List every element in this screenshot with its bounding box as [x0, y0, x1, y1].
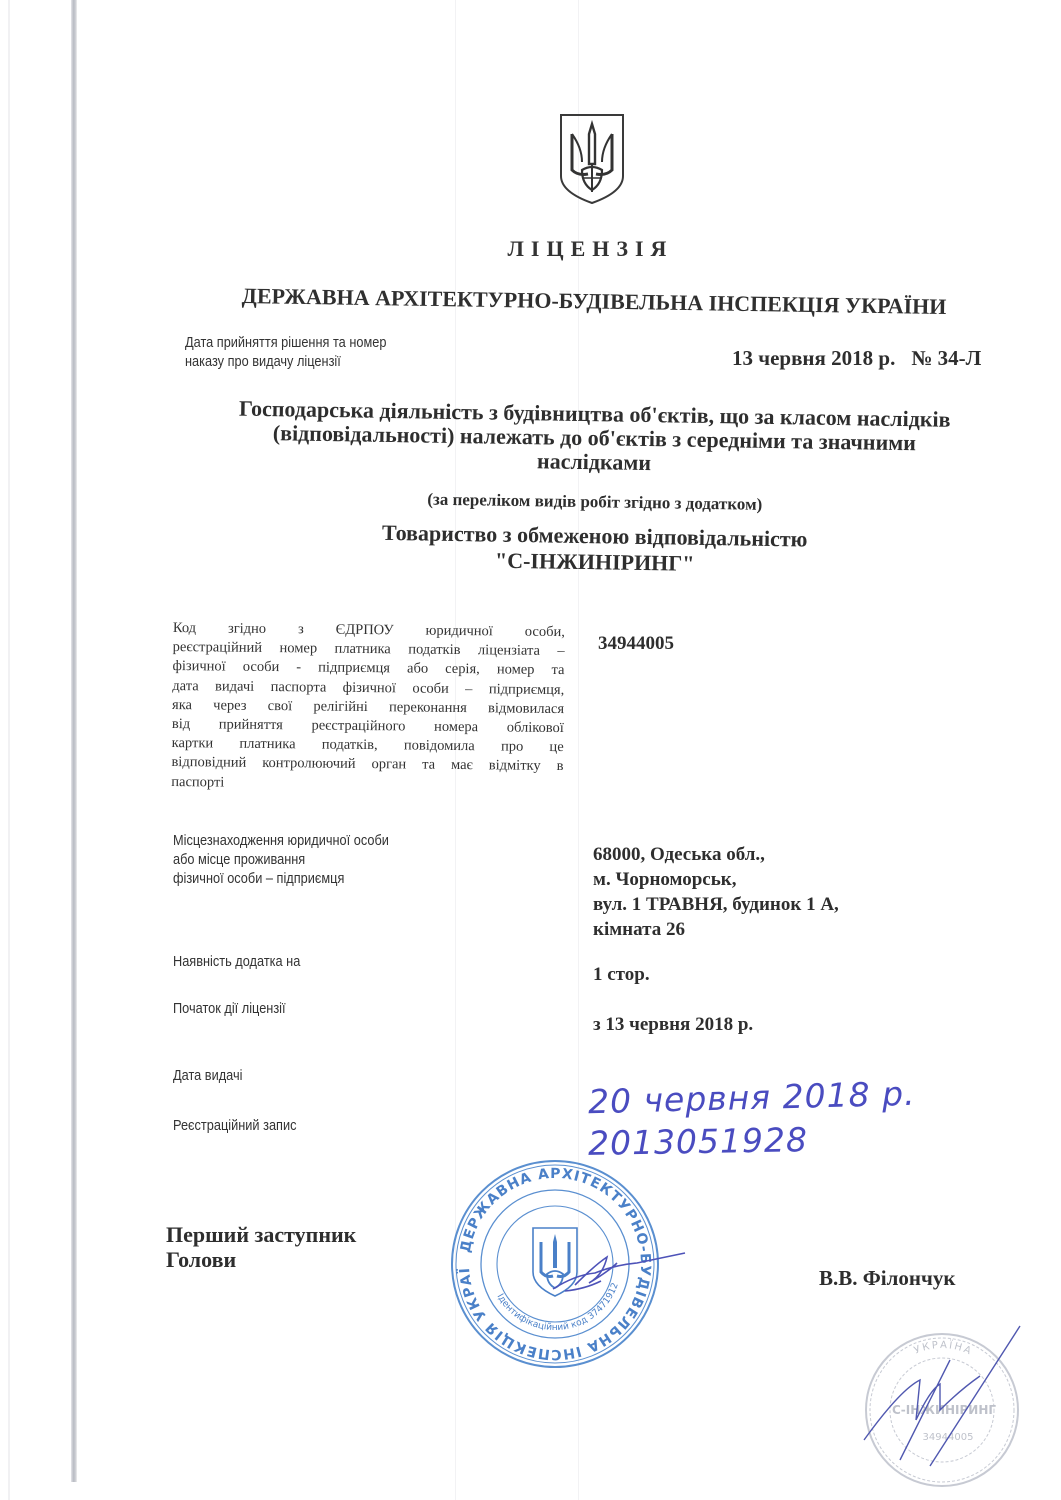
edrpou-label: Код згідно з ЄДРПОУ юридичної особи, реє… [171, 619, 565, 796]
title-line: Голови [166, 1247, 356, 1272]
address-label: Місцезнаходження юридичної особи або міс… [173, 832, 389, 890]
registration-handwritten: 2013051928 [588, 1120, 809, 1163]
signature-icon [860, 1320, 1030, 1470]
appendix-label: Наявність додатка на [173, 953, 300, 972]
issue-date-handwritten: 20 червня 2018 р. [588, 1074, 916, 1122]
activity-description: Господарська діяльність з будівництва об… [199, 396, 990, 480]
scan-artifact [8, 0, 10, 1500]
issuing-authority: ДЕРЖАВНА АРХІТЕКТУРНО-БУДІВЕЛЬНА ІНСПЕКЦ… [242, 283, 947, 320]
label-line: наказу про видачу ліцензії [185, 353, 386, 372]
address-line: м. Чорноморськ, [593, 867, 839, 892]
decision-label: Дата прийняття рішення та номер наказу п… [185, 334, 386, 372]
decision-date: 13 червня 2018 р. [732, 346, 895, 370]
registration-label: Реєстраційний запис [173, 1117, 296, 1136]
address-line: 68000, Одеська обл., [593, 842, 839, 867]
label-line: фізичної особи – підприємця [173, 870, 389, 889]
decision-number: № 34-Л [911, 346, 981, 370]
label-line: Дата прийняття рішення та номер [185, 334, 386, 353]
issue-date-label: Дата видачі [173, 1067, 242, 1086]
license-start-value: з 13 червня 2018 р. [593, 1012, 753, 1037]
signatory-name: В.В. Філончук [819, 1266, 955, 1291]
signature-icon [545, 1245, 695, 1295]
address-value: 68000, Одеська обл., м. Чорноморськ, вул… [593, 842, 839, 942]
label-line: або місце проживання [173, 851, 389, 870]
activity-note: (за переліком видів робіт згідно з додат… [200, 486, 990, 518]
address-line: вул. 1 ТРАВНЯ, будинок 1 А, [593, 892, 839, 917]
label-line: Місцезнаходження юридичної особи [173, 832, 389, 851]
edrpou-value: 34944005 [598, 631, 674, 656]
license-start-label: Початок дії ліцензії [173, 1000, 286, 1019]
scan-binding-shadow [71, 0, 77, 1482]
decision-value: 13 червня 2018 р.№ 34-Л [732, 346, 981, 371]
trident-coat-of-arms-icon [558, 112, 626, 206]
label-line: відповідний контролюючий орган та має ві… [171, 753, 563, 776]
signatory-title: Перший заступник Голови [166, 1222, 356, 1272]
address-line: кімната 26 [593, 917, 839, 942]
title-line: Перший заступник [166, 1222, 356, 1247]
document-title: ЛІЦЕНЗІЯ [0, 236, 1061, 262]
appendix-value: 1 стор. [593, 962, 650, 987]
